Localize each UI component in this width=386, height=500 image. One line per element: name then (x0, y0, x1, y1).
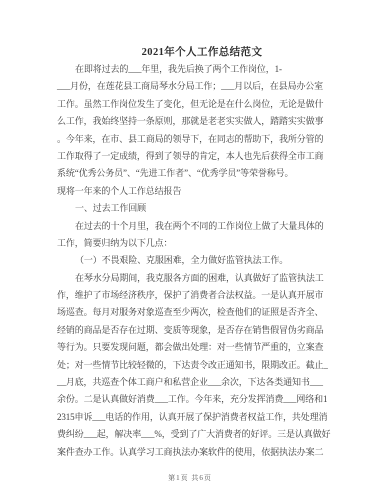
text-line: 2315申诉___电话的作用，认真开展了保护消费者权益工作，共处理消 (57, 409, 337, 426)
text-line: 费纠纷___起，解决率___%，受到了广大消费者的好评。三是认真做好 (57, 426, 337, 443)
text-line: __月底，共巡查个体工商户和私营企业___余次，下达各类通知书___ (57, 374, 337, 391)
sub-heading: （一）不畏艰险、克服困难，全力做好监管执法工作。 (57, 252, 337, 269)
text-line: 等行为。只要发现问题，都会做出处理：对一些情节严重的，立案查 (57, 339, 337, 356)
section-heading: 一、过去工作回顾 (57, 200, 337, 217)
text-line: 处；对一些情节比较轻微的，下达责令改正通知书，限期改正。截止_ (57, 357, 337, 374)
text-line: 案件查办工作。认真学习工商执法办案软件的使用，依据执法办案二 (57, 444, 337, 461)
text-line: 在即将过去的___年里，我先后换了两个工作岗位，1- (57, 61, 337, 78)
text-line: 现将一年来的个人工作总结报告 (57, 183, 337, 200)
text-line: 在琴水分局期间，我克服各方面的困难，认真做好了监管执法工 (57, 270, 337, 287)
text-line: 系统“优秀公务员”、“先进工作者”、“优秀学员”等荣誉称号。 (57, 165, 337, 182)
text-line: 在过去的十个月里，我在两个不同的工作岗位上做了大量具体的 (57, 218, 337, 235)
text-line: 工作。虽然工作岗位发生了变化，但无论是在什么岗位，无论是做什 (57, 96, 337, 113)
document-page: 2021年个人工作总结范文 在即将过去的___年里，我先后换了两个工作岗位，1-… (0, 0, 386, 500)
text-line: 。今年来，在市、县工商局的领导下，在同志的帮助下，我所分管的 (57, 131, 337, 148)
text-line: 么工作，我始终坚持一条原则，那就是老老实实做人，踏踏实实做事 (57, 113, 337, 130)
document-title: 2021年个人工作总结范文 (69, 44, 335, 59)
text-line: ___月份，在莲花县工商局琴水分局工作；___月以后，在县局办公室 (57, 78, 337, 95)
page-number: 第1页 共6页 (57, 473, 323, 483)
text-line: 工作，简要归纳为以下几点： (57, 235, 337, 252)
text-line: 场巡查。每月对服务对象巡查至少两次，检查他们的证照是否齐全、 (57, 304, 337, 321)
text-line: 工作取得了一定成绩，得到了领导的肯定，本人也先后获得全市工商 (57, 148, 337, 165)
text-line: 余份。二是认真做好消费___工作。今年来，充分发挥消费___网络和1 (57, 391, 337, 408)
document-body: 在即将过去的___年里，我先后换了两个工作岗位，1- ___月份，在莲花县工商局… (57, 61, 337, 461)
text-line: 经销的商品是否存在过期、变质等现象，是否存在销售假冒伪劣商品 (57, 322, 337, 339)
text-line: 作，维护了市场经济秩序，保护了消费者合法权益。一是认真开展市 (57, 287, 337, 304)
